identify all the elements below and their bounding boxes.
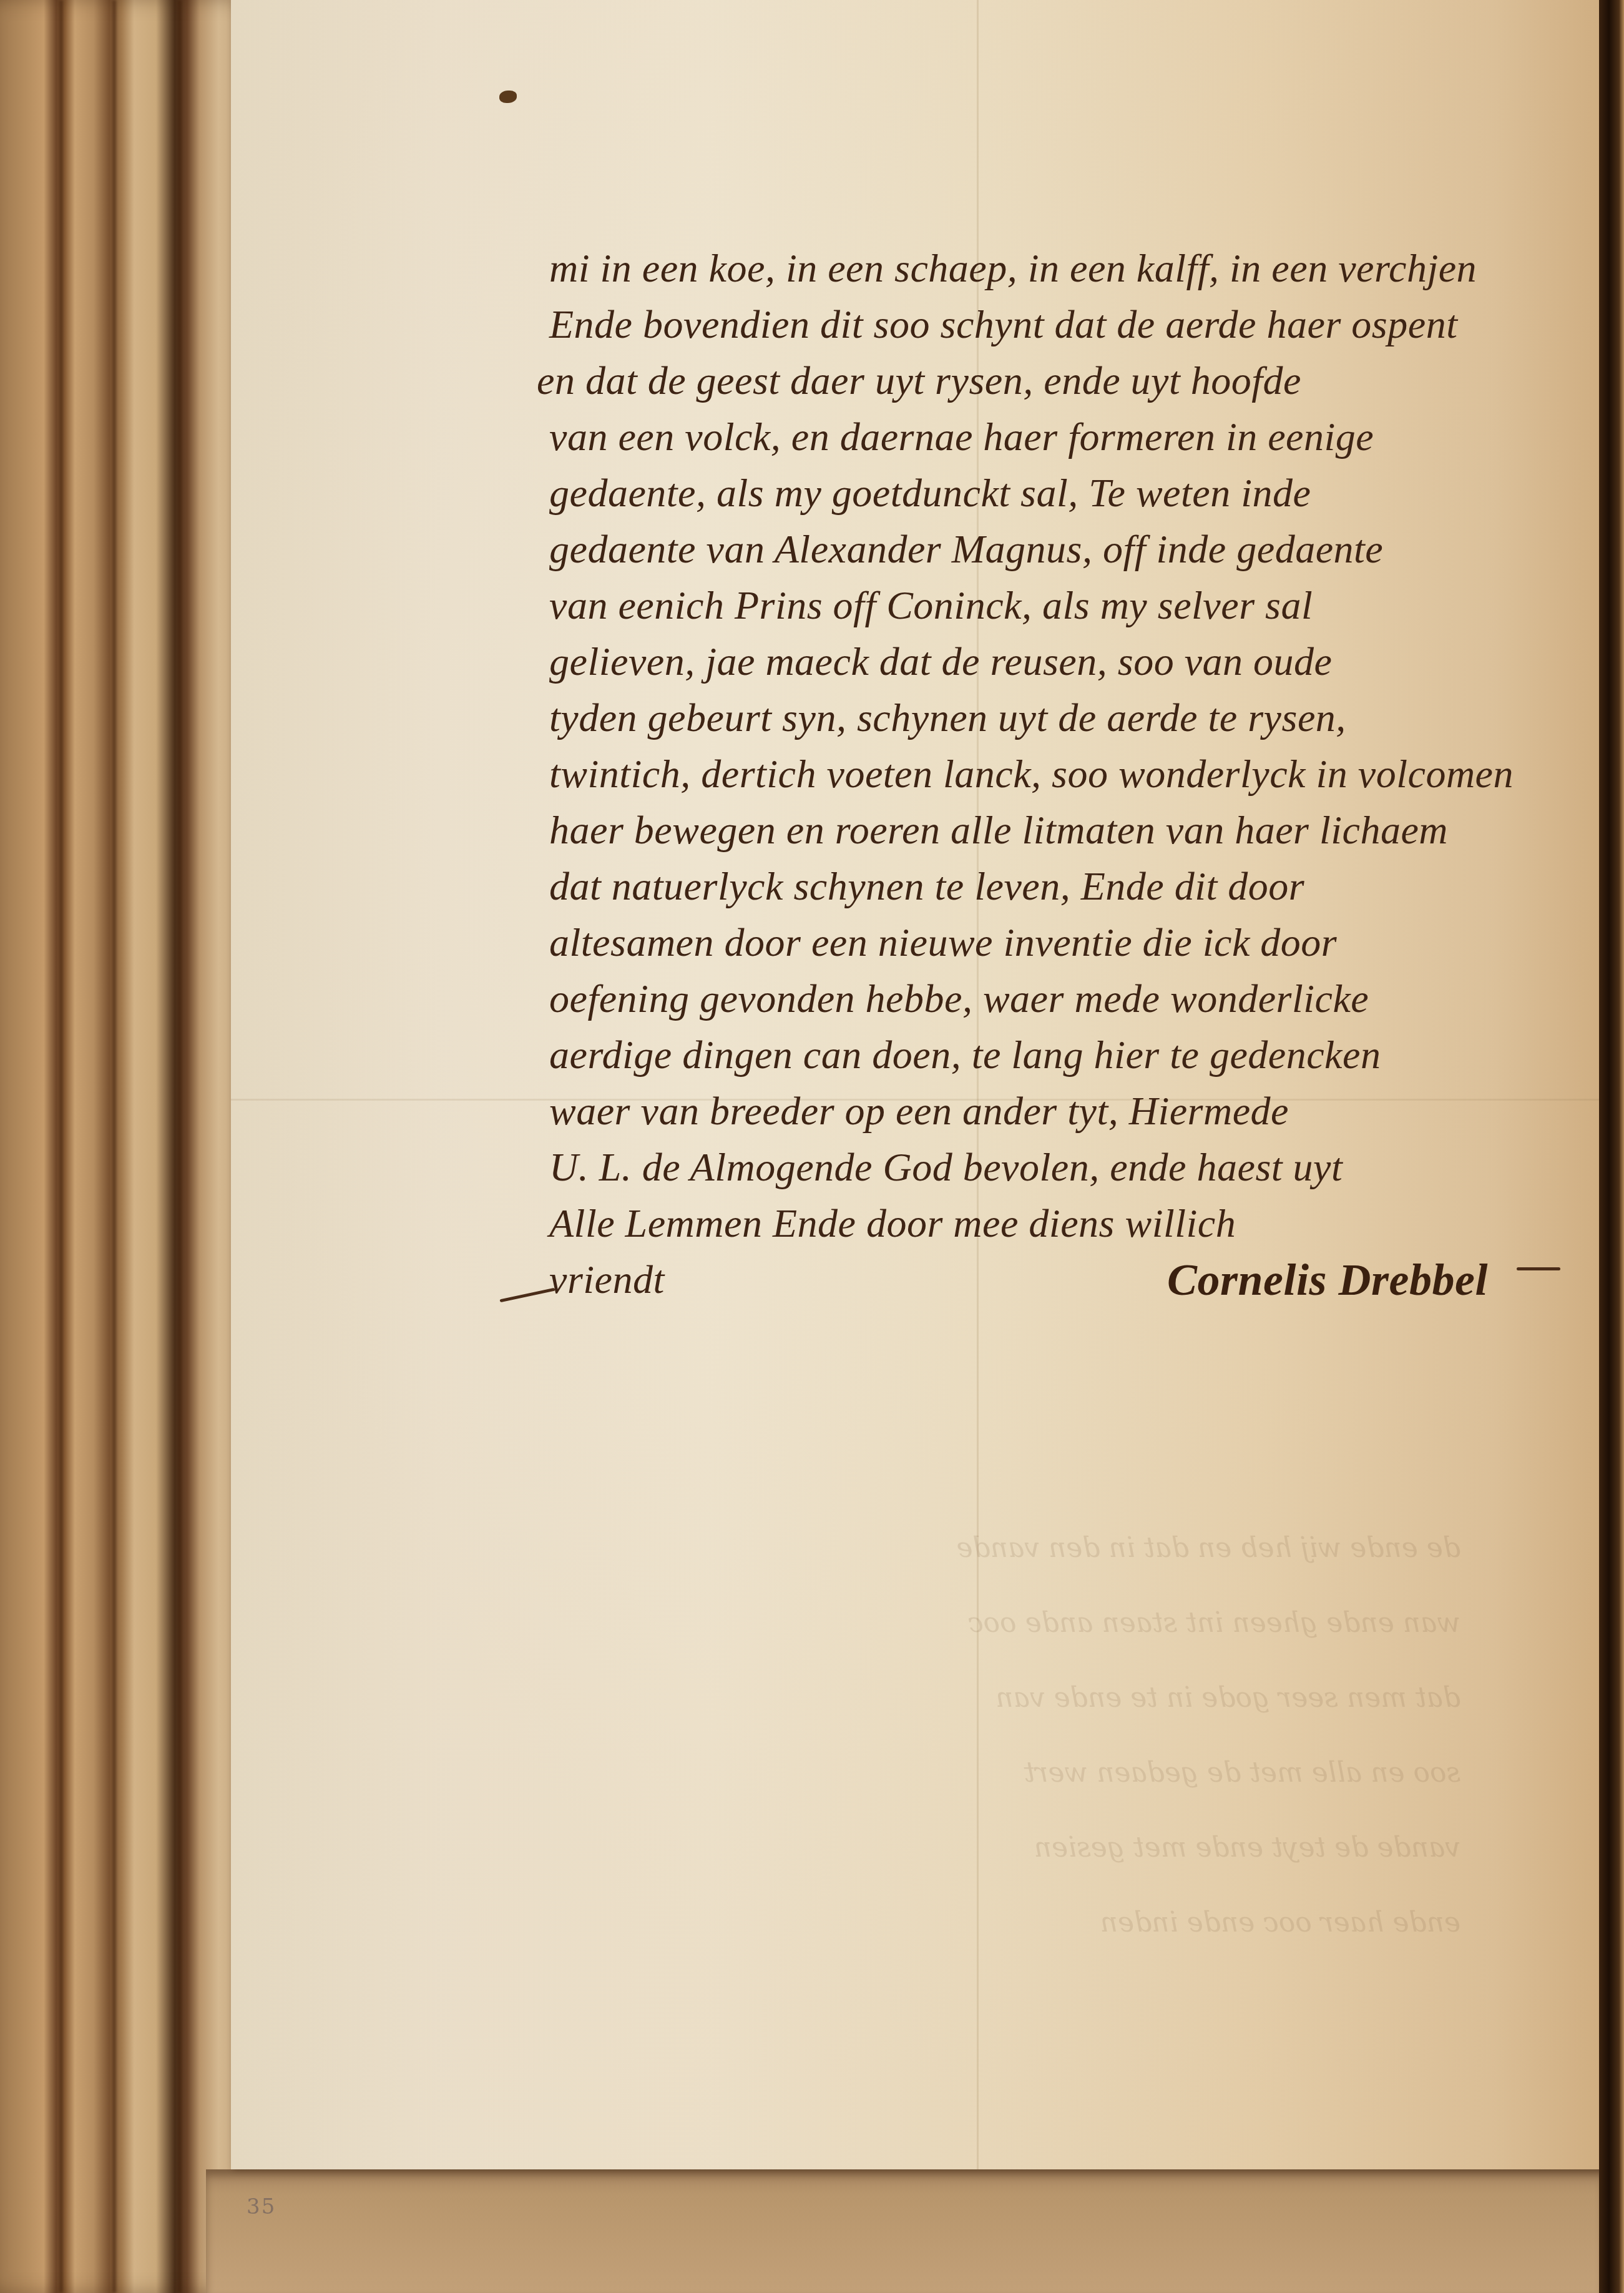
- letter-line: haer bewegen en roeren alle litmaten van…: [549, 802, 1585, 858]
- letter-line: twintich, dertich voeten lanck, soo wond…: [549, 746, 1585, 802]
- letter-line: oefening gevonden hebbe, waer mede wonde…: [549, 971, 1585, 1027]
- letter-line: aerdige dingen can doen, te lang hier te…: [549, 1027, 1585, 1083]
- letter-line: mi in een koe, in een schaep, in een kal…: [549, 240, 1585, 297]
- letter-line: gedaente van Alexander Magnus, off inde …: [549, 521, 1585, 577]
- letter-line: en dat de geest daer uyt rysen, ende uyt…: [537, 353, 1585, 409]
- letter-line: dat natuerlyck schynen te leven, Ende di…: [549, 858, 1585, 915]
- binding-crease: [59, 0, 63, 2293]
- ink-mark: [499, 91, 517, 103]
- letter-line: waer van breeder op een ander tyt, Hierm…: [549, 1083, 1585, 1139]
- letter-line: Alle Lemmen Ende door mee diens willich: [549, 1196, 1585, 1252]
- letter-line: van eenich Prins off Coninck, als my sel…: [549, 577, 1585, 634]
- folio-number: 35: [247, 2194, 276, 2219]
- bottom-margin: 35: [206, 2169, 1604, 2293]
- bleed-through-text: de ende wij heb en dat in den vande wan …: [275, 1436, 1460, 2060]
- letter-line: tyden gebeurt syn, schynen uyt de aerde …: [549, 690, 1585, 746]
- binding-crease: [112, 0, 116, 2293]
- manuscript-scan: 35 de ende wij heb en dat in den vande w…: [0, 0, 1624, 2293]
- letter-line: U. L. de Almogende God bevolen, ende hae…: [549, 1139, 1585, 1196]
- letter-line: van een volck, en daernae haer formeren …: [549, 409, 1585, 465]
- letter-line: gedaente, als my goetdunckt sal, Te wete…: [549, 465, 1585, 521]
- letter-line: Ende bovendien dit soo schynt dat de aer…: [549, 297, 1585, 353]
- letter-body: mi in een koe, in een schaep, in een kal…: [549, 240, 1585, 1308]
- signature: Cornelis Drebbel: [1167, 1252, 1488, 1308]
- closing-word: vriendt: [549, 1252, 665, 1308]
- letter-line: gelieven, jae maeck dat de reusen, soo v…: [549, 634, 1585, 690]
- letter-closing: vriendt Cornelis Drebbel: [549, 1252, 1585, 1308]
- page-edge: [1599, 0, 1624, 2293]
- book-binding: [0, 0, 262, 2293]
- pen-flourish: [1517, 1267, 1560, 1270]
- letter-line: altesamen door een nieuwe inventie die i…: [549, 915, 1585, 971]
- binding-crease: [178, 0, 182, 2293]
